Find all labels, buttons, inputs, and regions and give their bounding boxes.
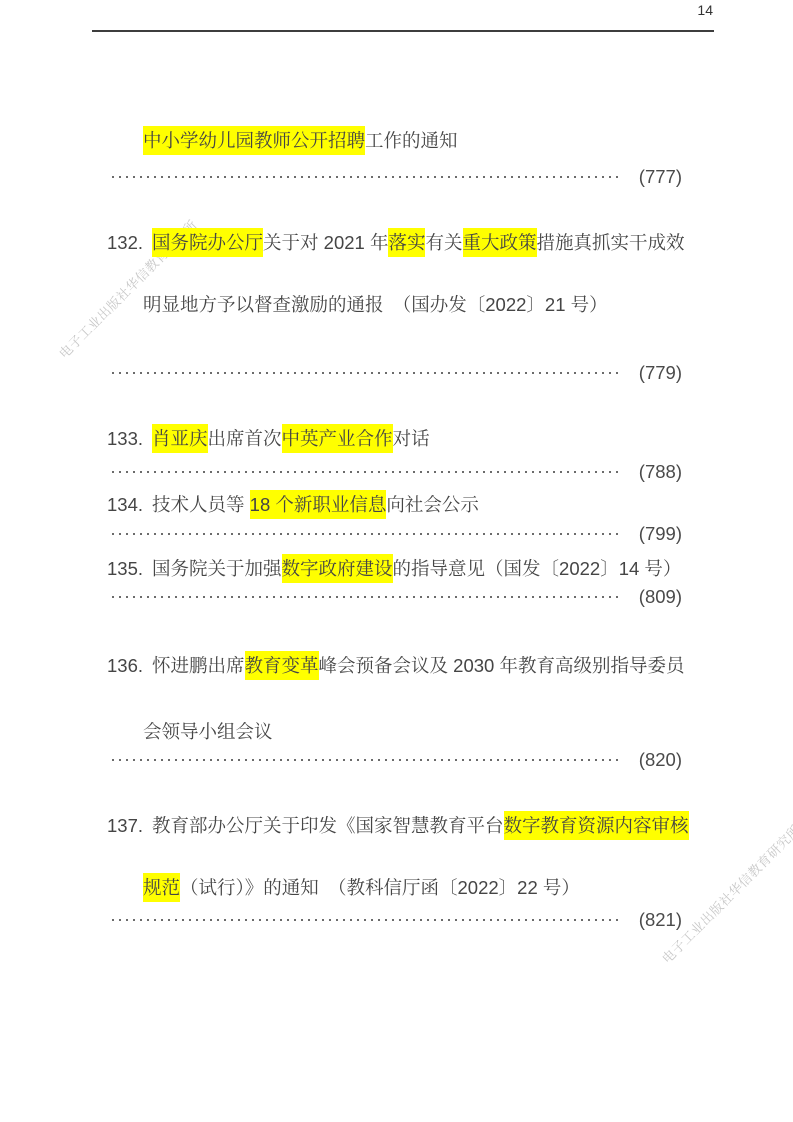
dotted-leader — [112, 471, 618, 473]
toc-entry-132-line1: 132.国务院办公厅关于对 2021 年落实有关重大政策措施真抓实干成效 — [107, 228, 685, 258]
toc-leader-777: (777) — [112, 162, 682, 192]
toc-entry-132-line2: 明显地方予以督查激励的通报 （国办发〔2022〕21 号） — [143, 290, 608, 320]
text-segment: 怀进鹏出席 — [152, 655, 245, 676]
header-rule — [92, 30, 714, 32]
toc-entry-131-continuation: 中小学幼儿园教师公开招聘工作的通知 — [143, 126, 458, 156]
highlight-segment: 18 个新职业信息 — [250, 490, 387, 519]
text-segment: 工作的通知 — [365, 130, 458, 151]
entry-page-number: (799) — [632, 523, 682, 545]
entry-page-number: (779) — [632, 362, 682, 384]
highlight-segment: 中小学幼儿园教师公开招聘 — [143, 126, 365, 155]
entry-number: 133. — [107, 428, 143, 449]
dotted-leader — [112, 759, 618, 761]
toc-entry-133-line1: 133.肖亚庆出席首次中英产业合作对话 — [107, 424, 430, 454]
toc-leader-820: (820) — [112, 745, 682, 775]
text-segment: 明显地方予以督查激励的通报 （国办发〔2022〕21 号） — [143, 294, 608, 315]
entry-number: 134. — [107, 494, 143, 515]
text-segment: 关于对 2021 年 — [263, 232, 388, 253]
dotted-leader — [112, 919, 618, 921]
text-segment: 国务院关于加强 — [152, 558, 282, 579]
toc-leader-779: (779) — [112, 358, 682, 388]
dotted-leader — [112, 176, 618, 178]
text-segment: 教育部办公厅关于印发《国家智慧教育平台 — [152, 815, 504, 836]
entry-page-number: (820) — [632, 749, 682, 771]
highlight-segment: 中英产业合作 — [282, 424, 393, 453]
toc-leader-821: (821) — [112, 905, 682, 935]
highlight-segment: 国务院办公厅 — [152, 228, 263, 257]
toc-entry-137-line1: 137.教育部办公厅关于印发《国家智慧教育平台数字教育资源内容审核 — [107, 811, 689, 841]
toc-entry-135-line1: 135.国务院关于加强数字政府建设的指导意见（国发〔2022〕14 号） — [107, 554, 681, 584]
highlight-segment: 教育变革 — [245, 651, 319, 680]
toc-leader-809: (809) — [112, 582, 682, 612]
document-page: 14 电子工业出版社华信教育研究所 电子工业出版社华信教育研究所 中小学幼儿园教… — [0, 0, 793, 1122]
text-segment: 向社会公示 — [386, 494, 479, 515]
entry-page-number: (821) — [632, 909, 682, 931]
toc-entry-134-line1: 134.技术人员等 18 个新职业信息向社会公示 — [107, 490, 479, 520]
entry-page-number: (788) — [632, 461, 682, 483]
toc-leader-788: (788) — [112, 457, 682, 487]
text-segment: （试行）》的通知 （教科信厅函〔2022〕22 号） — [180, 877, 580, 898]
highlight-segment: 肖亚庆 — [152, 424, 208, 453]
text-segment: 出席首次 — [208, 428, 282, 449]
entry-number: 136. — [107, 655, 143, 676]
header-page-number: 14 — [697, 2, 713, 18]
dotted-leader — [112, 533, 618, 535]
highlight-segment: 数字教育资源内容审核 — [504, 811, 689, 840]
entry-number: 135. — [107, 558, 143, 579]
highlight-segment: 数字政府建设 — [282, 554, 393, 583]
highlight-segment: 规范 — [143, 873, 180, 902]
highlight-segment: 落实 — [388, 228, 425, 257]
toc-entry-136-line2: 会领导小组会议 — [143, 717, 273, 747]
watermark-publisher-right: 电子工业出版社华信教育研究所 — [657, 820, 793, 967]
toc-entry-136-line1: 136.怀进鹏出席教育变革峰会预备会议及 2030 年教育高级别指导委员 — [107, 651, 684, 681]
text-segment: 会领导小组会议 — [143, 721, 273, 742]
toc-leader-799: (799) — [112, 519, 682, 549]
toc-entry-137-line2: 规范（试行）》的通知 （教科信厅函〔2022〕22 号） — [143, 873, 580, 903]
entry-page-number: (809) — [632, 586, 682, 608]
text-segment: 措施真抓实干成效 — [537, 232, 685, 253]
text-segment: 技术人员等 — [152, 494, 250, 515]
entry-number: 137. — [107, 815, 143, 836]
text-segment: 峰会预备会议及 2030 年教育高级别指导委员 — [319, 655, 685, 676]
text-segment: 对话 — [393, 428, 430, 449]
text-segment: 的指导意见（国发〔2022〕14 号） — [393, 558, 682, 579]
dotted-leader — [112, 372, 618, 374]
entry-number: 132. — [107, 232, 143, 253]
text-segment: 有关 — [425, 232, 462, 253]
highlight-segment: 重大政策 — [463, 228, 537, 257]
entry-page-number: (777) — [632, 166, 682, 188]
dotted-leader — [112, 596, 618, 598]
